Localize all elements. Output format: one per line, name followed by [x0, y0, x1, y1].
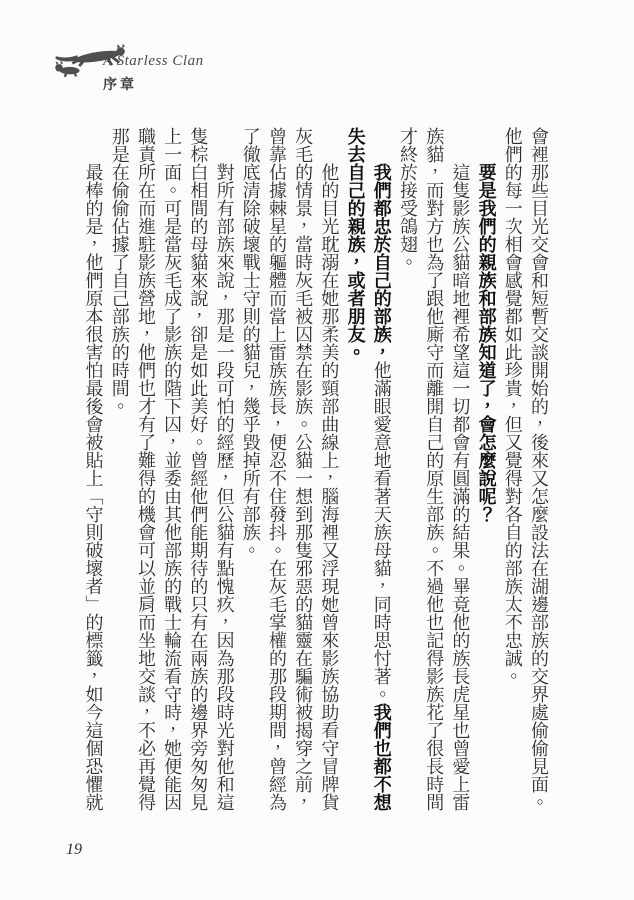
paragraph: 這隻影族公貓暗地裡希望這一切都會有圓滿的結果。畢竟他的族長虎星也曾愛上雷族貓，而… — [395, 127, 474, 817]
text-run: 他的目光耽溺在她那柔美的頸部曲線上，腦海裡又浮現她曾來影族協助看守冒牌貨灰毛的情… — [241, 127, 340, 811]
prologue-text-body: 會裡那些目光交會和短暫交談開始的，後來又怎麼設法在湖邊部族的交界處偷偷見面。他們… — [80, 127, 552, 817]
thought-text-run: 我們都忠於自己的部族， — [372, 163, 392, 361]
page-header: A Starless Clan 序章 — [0, 0, 634, 110]
text-run: 會裡那些目光交會和短暫交談開始的，後來又怎麼設法在湖邊部族的交界處偷偷見面。他們… — [503, 127, 549, 811]
paragraph: 要是我們的親族和部族知道了，會怎麼說呢？ — [473, 127, 499, 817]
text-run: 對所有部族來說，那是一段可怕的經歷，但公貓有點愧疚，因為那段時光對他和這隻棕白相… — [110, 127, 235, 811]
text-run: 最棒的是，他們原本很害怕最後會被貼上「守則破壞者」的標籤，如今這個恐懼就 — [84, 163, 104, 811]
text-run: 他滿眼愛意地看著天族母貓，同時思忖著。 — [372, 361, 392, 703]
text-run: 這隻影族公貓暗地裡希望這一切都會有圓滿的結果。畢竟他的族長虎星也曾愛上雷族貓，而… — [398, 127, 470, 811]
book-page: A Starless Clan 序章 會裡那些目光交會和短暫交談開始的，後來又怎… — [0, 0, 634, 900]
paragraph: 他的目光耽溺在她那柔美的頸部曲線上，腦海裡又浮現她曾來影族協助看守冒牌貨灰毛的情… — [238, 127, 343, 817]
thought-text-run: 要是我們的親族和部族知道了，會怎麼說呢？ — [477, 163, 497, 523]
paragraph: 對所有部族來說，那是一段可怕的經歷，但公貓有點愧疚，因為那段時光對他和這隻棕白相… — [107, 127, 238, 817]
paragraph: 我們都忠於自己的部族，他滿眼愛意地看著天族母貓，同時思忖著。我們也都不想失去自己… — [342, 127, 394, 817]
series-title: A Starless Clan — [103, 53, 204, 70]
chapter-title: 序章 — [103, 74, 137, 94]
paragraph: 最棒的是，他們原本很害怕最後會被貼上「守則破壞者」的標籤，如今這個恐懼就 — [80, 127, 106, 817]
paragraph: 會裡那些目光交會和短暫交談開始的，後來又怎麼設法在湖邊部族的交界處偷偷見面。他們… — [500, 127, 552, 817]
page-number: 19 — [66, 841, 82, 859]
